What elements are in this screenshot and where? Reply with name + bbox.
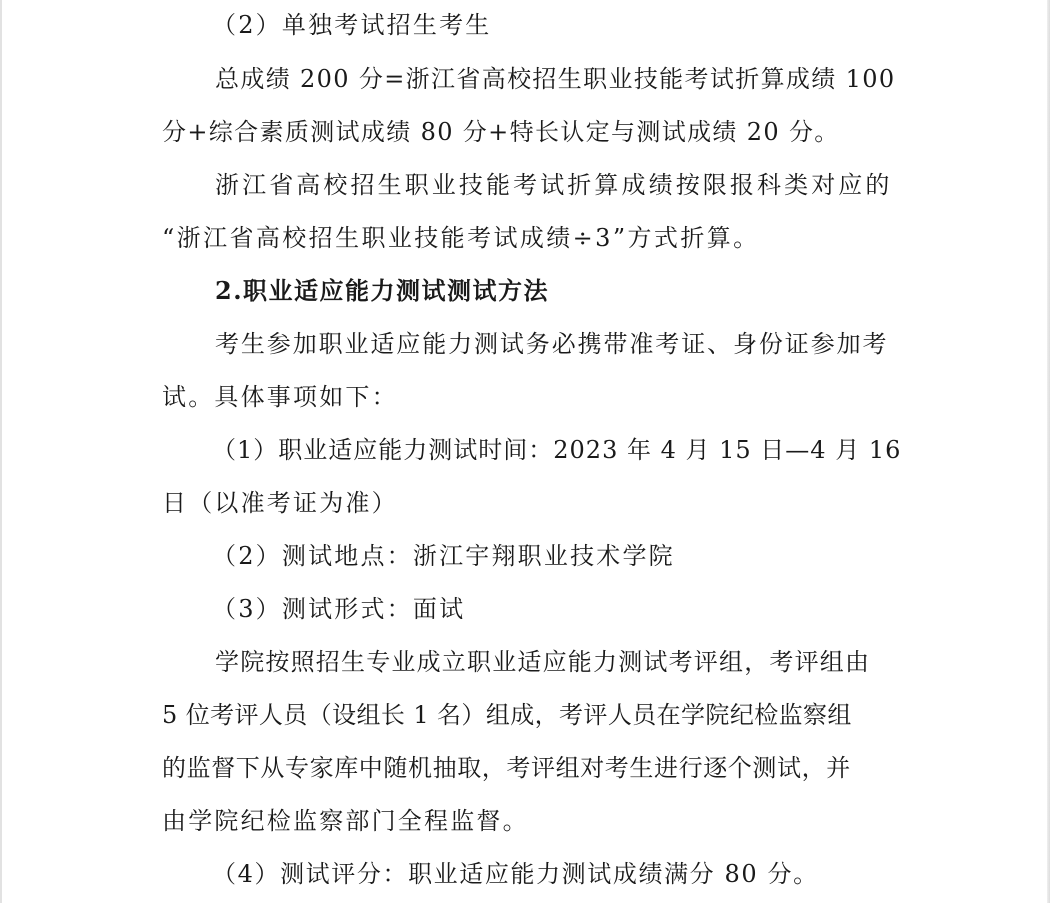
- paragraph-line: “浙江省高校招生职业技能考试成绩÷3”方式折算。: [162, 223, 760, 253]
- paragraph-line: 总成绩 200 分=浙江省高校招生职业技能考试折算成绩 100: [215, 64, 895, 94]
- item-test-time: （1）职业适应能力测试时间：2023 年 4 月 15 日—4 月 16: [212, 435, 901, 465]
- paragraph-line: 的监督下从专家库中随机抽取，考评组对考生进行逐个测试，并: [162, 753, 851, 783]
- paragraph-line: 5 位考评人员（设组长 1 名）组成，考评人员在学院纪检监察组: [162, 700, 852, 730]
- section-heading-test-method: 2.职业适应能力测试测试方法: [215, 276, 549, 306]
- paragraph-line: 日（以准考证为准）: [162, 488, 398, 518]
- paragraph-line: 考生参加职业适应能力测试务必携带准考证、身份证参加考: [215, 329, 888, 359]
- item-test-format: （3）测试形式：面试: [212, 594, 465, 624]
- paragraph-line: 学院按照招生专业成立职业适应能力测试考评组，考评组由: [215, 647, 870, 677]
- paragraph-line: 浙江省高校招生职业技能考试折算成绩按限报科类对应的: [215, 170, 893, 200]
- paragraph-line: 由学院纪检监察部门全程监督。: [162, 806, 529, 836]
- paragraph-line: 试。具体事项如下：: [162, 382, 398, 412]
- page-edge-left: [0, 0, 2, 903]
- subsection-heading-independent-exam: （2）单独考试招生考生: [212, 10, 491, 40]
- paragraph-line: 分+综合素质测试成绩 80 分+特长认定与测试成绩 20 分。: [162, 117, 840, 147]
- item-test-location: （2）测试地点：浙江宇翔职业技术学院: [212, 541, 675, 571]
- item-test-scoring: （4）测试评分：职业适应能力测试成绩满分 80 分。: [212, 859, 819, 889]
